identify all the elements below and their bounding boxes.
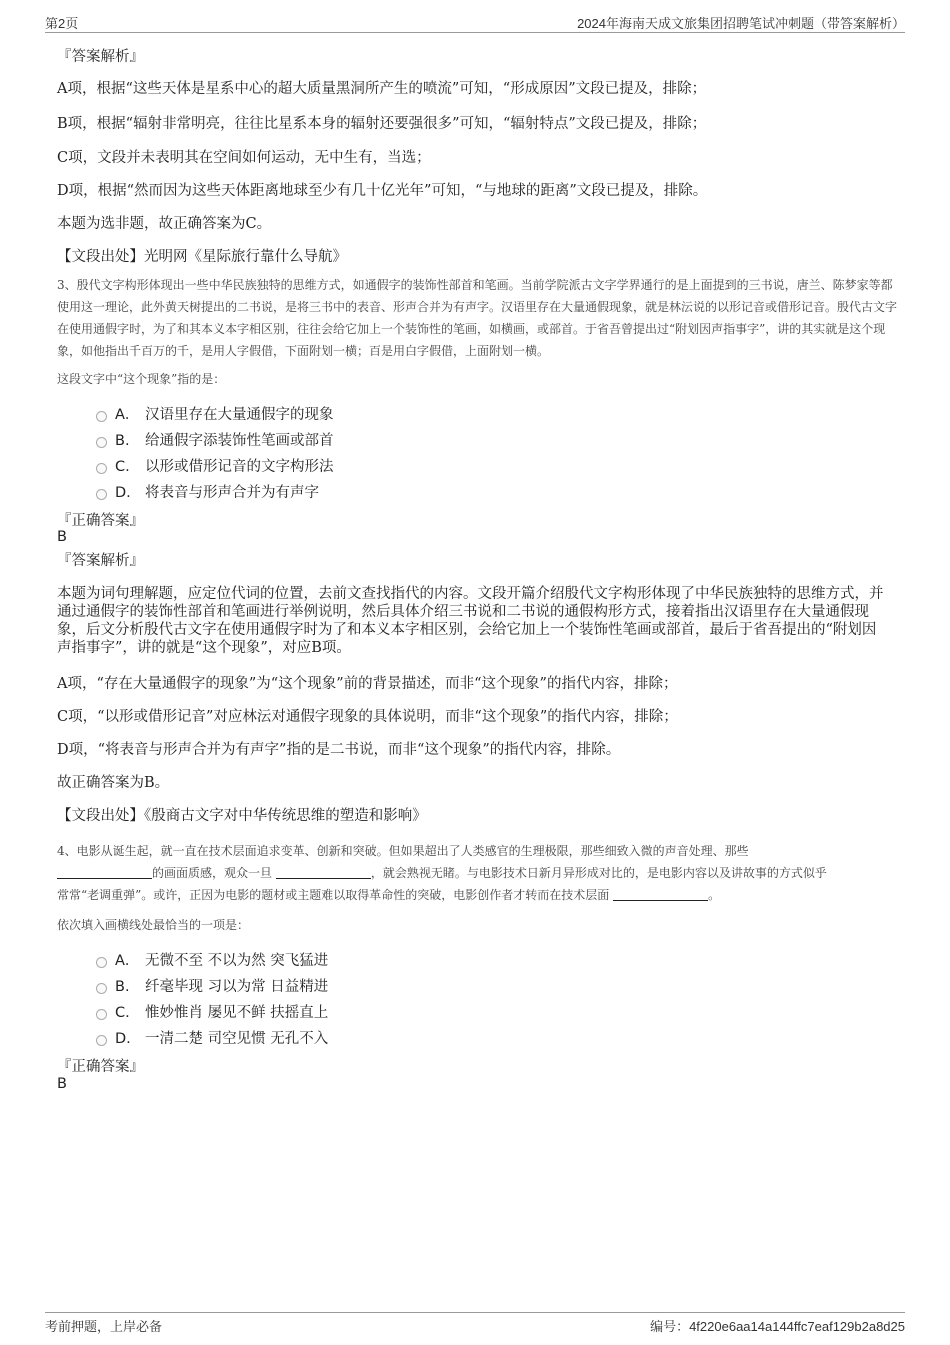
q3-source: 【文段出处】《殷商古文字对中华传统思维的塑造和影响》 xyxy=(57,807,907,825)
q2-analysis-heading: 『答案解析』 xyxy=(57,48,907,66)
q2-analysis-line-a: A项，根据“这些天体是星系中心的超大质量黑洞所产生的喷流”可知，“形成原因”文段… xyxy=(57,80,907,98)
q3-analysis-heading: 『答案解析』 xyxy=(57,552,907,570)
q2-analysis-line-b: B项，根据“辐射非常明亮，往往比星系本身的辐射还要强很多”可知，“辐射特点”文段… xyxy=(57,115,907,133)
radio-icon[interactable] xyxy=(96,1035,107,1046)
blank-3 xyxy=(613,888,708,901)
q3-analysis-conclusion: 故正确答案为B。 xyxy=(57,774,907,792)
q3-option-d[interactable]: D.将表音与形声合并为有声字 xyxy=(96,484,319,502)
q4-option-d[interactable]: D.一清二楚 司空见惯 无孔不入 xyxy=(96,1030,328,1048)
radio-icon[interactable] xyxy=(96,489,107,500)
radio-icon[interactable] xyxy=(96,957,107,968)
footer-slogan: 考前押题，上岸必备 xyxy=(45,1316,162,1335)
q4-question: 依次填入画横线处最恰当的一项是： xyxy=(57,914,907,936)
footer-serial: 编号：4f220e6aa14a144ffc7eaf129b2a8d25 xyxy=(650,1316,905,1335)
q2-analysis-line-c: C项，文段并未表明其在空间如何运动，无中生有，当选； xyxy=(57,149,907,167)
radio-icon[interactable] xyxy=(96,1009,107,1020)
q3-analysis-intro: 本题为词句理解题，应定位代词的位置，去前文查找指代的内容。文段开篇介绍殷代文字构… xyxy=(57,585,887,657)
blank-1 xyxy=(57,866,152,879)
q4-option-b[interactable]: B.纤毫毕现 习以为常 日益精进 xyxy=(96,978,328,996)
radio-icon[interactable] xyxy=(96,411,107,422)
q3-analysis-line-d: D项，“将表音与形声合并为有声字”指的是二书说，而非“这个现象”的指代内容，排除… xyxy=(57,741,907,759)
q3-analysis-line-a: A项，“存在大量通假字的现象”为“这个现象”前的背景描述，而非“这个现象”的指代… xyxy=(57,675,907,693)
radio-icon[interactable] xyxy=(96,437,107,448)
q4-option-a[interactable]: A．无微不至 不以为然 突飞猛进 xyxy=(96,952,328,970)
q3-option-a[interactable]: A．汉语里存在大量通假字的现象 xyxy=(96,406,334,424)
q3-passage: 3、殷代文字构形体现出一些中华民族独特的思维方式，如通假字的装饰性部首和笔画。当… xyxy=(57,274,897,362)
radio-icon[interactable] xyxy=(96,983,107,994)
blank-2 xyxy=(276,866,371,879)
q2-analysis-conclusion: 本题为选非题，故正确答案为C。 xyxy=(57,215,907,233)
q4-option-c[interactable]: C.惟妙惟肖 屡见不鲜 扶摇直上 xyxy=(96,1004,328,1022)
q3-option-c[interactable]: C.以形或借形记音的文字构形法 xyxy=(96,458,334,476)
q4-answer: B xyxy=(57,1076,907,1092)
q4-passage: 4、电影从诞生起，就一直在技术层面追求变革、创新和突破。但如果超出了人类感官的生… xyxy=(57,840,897,906)
q4-answer-heading: 『正确答案』 xyxy=(57,1058,907,1076)
radio-icon[interactable] xyxy=(96,463,107,474)
q2-source: 【文段出处】光明网《星际旅行靠什么导航》 xyxy=(57,248,907,266)
q2-analysis-line-d: D项，根据“然而因为这些天体距离地球至少有几十亿光年”可知，“与地球的距离”文段… xyxy=(57,182,907,200)
q3-analysis-line-c: C项，“以形或借形记音”对应林沄对通假字现象的具体说明，而非“这个现象”的指代内… xyxy=(57,708,907,726)
page-header: 第2页 2024年海南天成文旅集团招聘笔试冲刺题（带答案解析） xyxy=(45,10,905,33)
q3-answer-heading: 『正确答案』 xyxy=(57,512,907,530)
q3-answer: B xyxy=(57,529,907,545)
q3-question: 这段文字中“这个现象”指的是： xyxy=(57,368,907,390)
page-footer: 考前押题，上岸必备 编号：4f220e6aa14a144ffc7eaf129b2… xyxy=(45,1312,905,1335)
document-title: 2024年海南天成文旅集团招聘笔试冲刺题（带答案解析） xyxy=(577,13,905,32)
page-number: 第2页 xyxy=(45,13,78,32)
q3-option-b[interactable]: B.给通假字添装饰性笔画或部首 xyxy=(96,432,334,450)
